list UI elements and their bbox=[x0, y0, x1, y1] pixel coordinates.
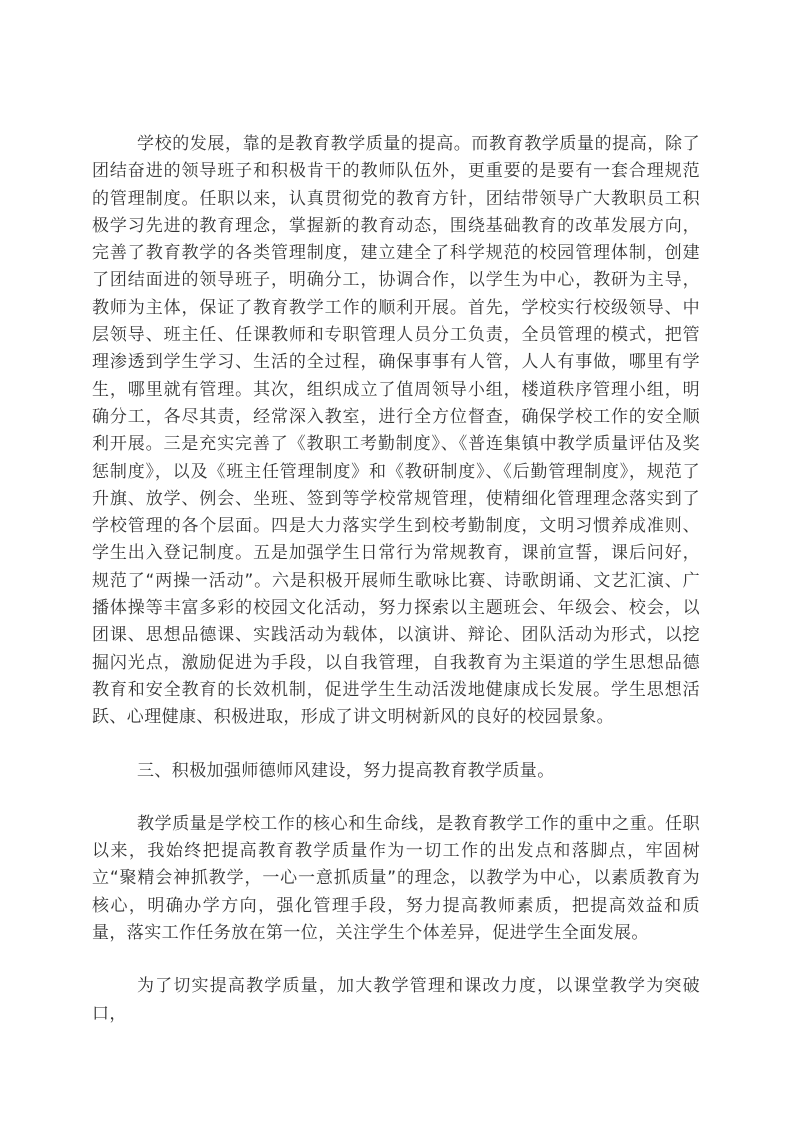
paragraph-school-management-system: 学校的发展，靠的是教育教学质量的提高。而教育教学质量的提高，除了团结奋进的领导班… bbox=[92, 131, 700, 732]
paragraph-classroom-teaching-reform: 为了切实提高教学质量，加大教学管理和课改力度，以课堂教学为突破口， bbox=[92, 973, 700, 1028]
document-page: 学校的发展，靠的是教育教学质量的提高。而教育教学质量的提高，除了团结奋进的领导班… bbox=[0, 0, 793, 1122]
section-heading-three: 三、积极加强师德师风建设，努力提高教育教学质量。 bbox=[92, 758, 700, 785]
paragraph-teaching-quality: 教学质量是学校工作的核心和生命线，是教育教学工作的重中之重。任职以来，我始终把提… bbox=[92, 811, 700, 947]
